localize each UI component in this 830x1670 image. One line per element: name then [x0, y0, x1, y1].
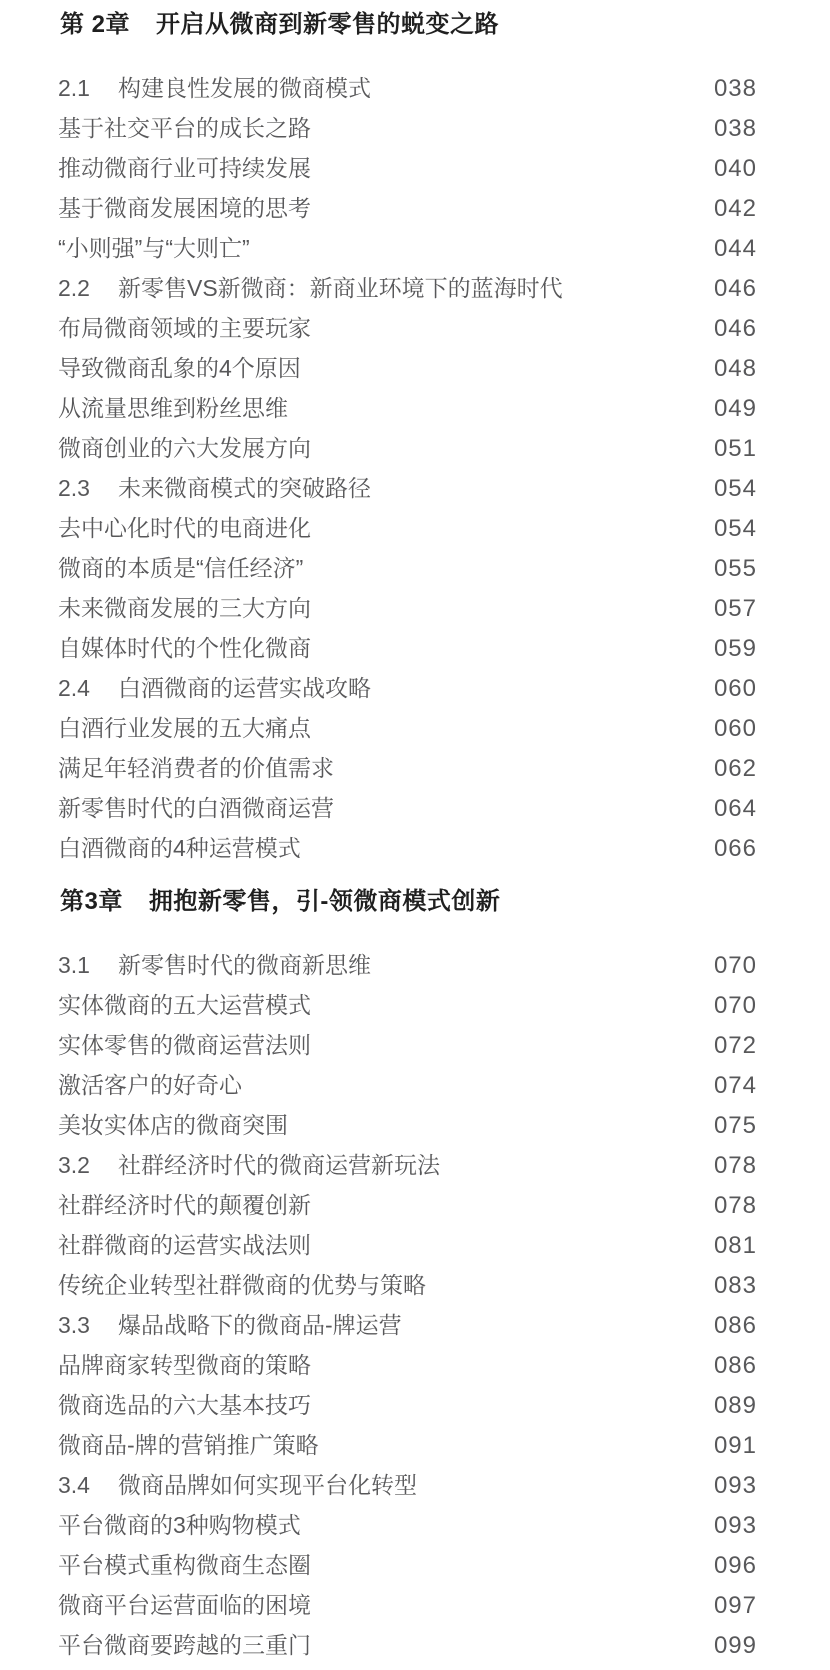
toc-entry-row: 微商的本质是“信任经济” 055 — [58, 548, 757, 588]
toc-entry-text: 布局微商领域的主要玩家 — [58, 308, 311, 348]
toc-entry-page-number: 055 — [714, 549, 757, 589]
toc-entry-row: 社群微商的运营实战法则 081 — [58, 1225, 757, 1265]
toc-entry-text: 实体微商的五大运营模式 — [58, 985, 311, 1025]
toc-entry-page-number: 057 — [714, 589, 757, 629]
toc-entry-row: 3.4微商品牌如何实现平台化转型 093 — [58, 1465, 757, 1505]
toc-entry-text: 平台微商的3种购物模式 — [58, 1505, 301, 1545]
toc-entry-title: 爆品战略下的微商品-牌运营 — [118, 1312, 402, 1338]
toc-entry-row: 社群经济时代的颠覆创新 078 — [58, 1185, 757, 1225]
toc-entry-page-number: 038 — [714, 109, 757, 149]
toc-entry-title: 激活客户的好奇心 — [58, 1072, 242, 1098]
toc-entry-text: 未来微商发展的三大方向 — [58, 588, 311, 628]
toc-entry-title: 白酒微商的4种运营模式 — [58, 835, 301, 861]
chapter-section: 第 2章开启从微商到新零售的蜕变之路 2.1构建良性发展的微商模式 038 基于… — [58, 7, 757, 868]
toc-entry-section-number: 3.4 — [58, 1465, 118, 1505]
toc-entry-row: 微商平台运营面临的困境 097 — [58, 1585, 757, 1625]
toc-entry-title: 品牌商家转型微商的策略 — [58, 1352, 311, 1378]
toc-entry-page-number: 086 — [714, 1346, 757, 1386]
toc-entry-page-number: 089 — [714, 1386, 757, 1426]
toc-entry-page-number: 075 — [714, 1106, 757, 1146]
toc-entry-row: 满足年轻消费者的价值需求 062 — [58, 748, 757, 788]
toc-entry-page-number: 099 — [714, 1626, 757, 1666]
toc-entry-text: 微商创业的六大发展方向 — [58, 428, 311, 468]
toc-entry-text: 2.2新零售VS新微商：新商业环境下的蓝海时代 — [58, 268, 563, 308]
toc-entry-row: 推动微商行业可持续发展 040 — [58, 148, 757, 188]
toc-entry-text: 微商平台运营面临的困境 — [58, 1585, 311, 1625]
toc-entry-page-number: 062 — [714, 749, 757, 789]
toc-entry-title: 满足年轻消费者的价值需求 — [58, 755, 334, 781]
toc-entry-text: 美妆实体店的微商突围 — [58, 1105, 288, 1145]
toc-entry-text: 推动微商行业可持续发展 — [58, 148, 311, 188]
toc-entry-text: 3.1新零售时代的微商新思维 — [58, 945, 371, 985]
toc-entry-text: 去中心化时代的电商进化 — [58, 508, 311, 548]
toc-entry-text: 基于社交平台的成长之路 — [58, 108, 311, 148]
toc-entry-text: 新零售时代的白酒微商运营 — [58, 788, 334, 828]
toc-entry-row: 2.2新零售VS新微商：新商业环境下的蓝海时代 046 — [58, 268, 757, 308]
toc-entry-title: 平台微商要跨越的三重门 — [58, 1632, 311, 1658]
toc-entry-title: 微商品牌如何实现平台化转型 — [118, 1472, 417, 1498]
toc-entry-page-number: 040 — [714, 149, 757, 189]
toc-entry-title: 社群经济时代的微商运营新玩法 — [118, 1152, 440, 1178]
toc-entry-row: 实体零售的微商运营法则 072 — [58, 1025, 757, 1065]
toc-entry-page-number: 038 — [714, 69, 757, 109]
toc-entry-text: 社群经济时代的颠覆创新 — [58, 1185, 311, 1225]
toc-entry-title: 推动微商行业可持续发展 — [58, 155, 311, 181]
toc-entry-page-number: 048 — [714, 349, 757, 389]
toc-entry-text: “小则强”与“大则亡” — [58, 228, 250, 268]
toc-entry-text: 3.3爆品战略下的微商品-牌运营 — [58, 1305, 402, 1345]
toc-entry-section-number: 3.1 — [58, 945, 118, 985]
toc-entry-page-number: 049 — [714, 389, 757, 429]
toc-entry-page-number: 081 — [714, 1226, 757, 1266]
toc-entry-row: 平台模式重构微商生态圈 096 — [58, 1545, 757, 1585]
toc-entry-row: 自媒体时代的个性化微商 059 — [58, 628, 757, 668]
toc-entry-text: 激活客户的好奇心 — [58, 1065, 242, 1105]
toc-entry-row: 品牌商家转型微商的策略 086 — [58, 1345, 757, 1385]
toc-entry-text: 白酒行业发展的五大痛点 — [58, 708, 311, 748]
chapter-section: 第3章拥抱新零售，引-领微商模式创新 3.1新零售时代的微商新思维 070 实体… — [58, 884, 757, 1665]
toc-entry-text: 微商品-牌的营销推广策略 — [58, 1425, 319, 1465]
toc-entry-row: 微商选品的六大基本技巧 089 — [58, 1385, 757, 1425]
toc-entry-page-number: 046 — [714, 309, 757, 349]
toc-entry-title: 社群微商的运营实战法则 — [58, 1232, 311, 1258]
toc-entry-text: 微商选品的六大基本技巧 — [58, 1385, 311, 1425]
toc-entry-title: 社群经济时代的颠覆创新 — [58, 1192, 311, 1218]
toc-entry-page-number: 059 — [714, 629, 757, 669]
toc-entry-page-number: 042 — [714, 189, 757, 229]
toc-entry-row: 3.3爆品战略下的微商品-牌运营 086 — [58, 1305, 757, 1345]
toc-entry-title: 导致微商乱象的4个原因 — [58, 355, 301, 381]
toc-entry-page-number: 064 — [714, 789, 757, 829]
chapter-number-label: 第3章 — [60, 888, 123, 915]
toc-entry-section-number: 2.3 — [58, 468, 118, 508]
toc-entry-title: 微商品-牌的营销推广策略 — [58, 1432, 319, 1458]
toc-entry-title: “小则强”与“大则亡” — [58, 235, 250, 261]
toc-entry-row: 传统企业转型社群微商的优势与策略 083 — [58, 1265, 757, 1305]
toc-entry-page-number: 070 — [714, 946, 757, 986]
toc-entry-text: 实体零售的微商运营法则 — [58, 1025, 311, 1065]
toc-entry-row: 基于社交平台的成长之路 038 — [58, 108, 757, 148]
toc-entry-title: 平台模式重构微商生态圈 — [58, 1552, 311, 1578]
toc-entry-page-number: 066 — [714, 829, 757, 869]
chapter-heading: 第 2章开启从微商到新零售的蜕变之路 — [60, 7, 757, 43]
toc-entry-row: 新零售时代的白酒微商运营 064 — [58, 788, 757, 828]
toc-page: 第 2章开启从微商到新零售的蜕变之路 2.1构建良性发展的微商模式 038 基于… — [0, 0, 830, 1670]
chapter-entry-list: 2.1构建良性发展的微商模式 038 基于社交平台的成长之路 038 推动微商行… — [58, 68, 757, 868]
toc-entry-section-number: 3.3 — [58, 1305, 118, 1345]
toc-entry-page-number: 083 — [714, 1266, 757, 1306]
chapter-title: 开启从微商到新零售的蜕变之路 — [156, 11, 499, 38]
toc-entry-title: 从流量思维到粉丝思维 — [58, 395, 288, 421]
toc-entry-title: 构建良性发展的微商模式 — [118, 75, 371, 101]
toc-entry-text: 2.1构建良性发展的微商模式 — [58, 68, 371, 108]
toc-entry-title: 新零售时代的白酒微商运营 — [58, 795, 334, 821]
toc-entry-row: 激活客户的好奇心 074 — [58, 1065, 757, 1105]
toc-entry-page-number: 060 — [714, 709, 757, 749]
toc-entry-page-number: 051 — [714, 429, 757, 469]
toc-entry-row: 美妆实体店的微商突围 075 — [58, 1105, 757, 1145]
toc-entry-page-number: 097 — [714, 1586, 757, 1626]
toc-entry-row: “小则强”与“大则亡” 044 — [58, 228, 757, 268]
toc-entry-row: 微商品-牌的营销推广策略 091 — [58, 1425, 757, 1465]
toc-entry-text: 自媒体时代的个性化微商 — [58, 628, 311, 668]
toc-entry-title: 新零售时代的微商新思维 — [118, 952, 371, 978]
toc-entry-page-number: 060 — [714, 669, 757, 709]
chapter-title: 拥抱新零售，引-领微商模式创新 — [149, 888, 501, 915]
toc-entry-text: 社群微商的运营实战法则 — [58, 1225, 311, 1265]
toc-entry-title: 白酒行业发展的五大痛点 — [58, 715, 311, 741]
toc-entry-title: 白酒微商的运营实战攻略 — [118, 675, 371, 701]
toc-entry-row: 基于微商发展困境的思考 042 — [58, 188, 757, 228]
toc-entry-row: 白酒微商的4种运营模式 066 — [58, 828, 757, 868]
toc-entry-section-number: 3.2 — [58, 1145, 118, 1185]
toc-entry-row: 平台微商要跨越的三重门 099 — [58, 1625, 757, 1665]
toc-entry-page-number: 086 — [714, 1306, 757, 1346]
toc-entry-text: 3.2社群经济时代的微商运营新玩法 — [58, 1145, 440, 1185]
toc-entry-title: 未来微商发展的三大方向 — [58, 595, 311, 621]
toc-entry-text: 满足年轻消费者的价值需求 — [58, 748, 334, 788]
toc-entry-text: 导致微商乱象的4个原因 — [58, 348, 301, 388]
toc-entry-text: 微商的本质是“信任经济” — [58, 548, 303, 588]
toc-entry-row: 2.1构建良性发展的微商模式 038 — [58, 68, 757, 108]
toc-entry-title: 平台微商的3种购物模式 — [58, 1512, 301, 1538]
toc-entry-row: 去中心化时代的电商进化 054 — [58, 508, 757, 548]
toc-entry-page-number: 078 — [714, 1146, 757, 1186]
toc-entry-page-number: 072 — [714, 1026, 757, 1066]
toc-entry-row: 微商创业的六大发展方向 051 — [58, 428, 757, 468]
toc-entry-page-number: 074 — [714, 1066, 757, 1106]
toc-entry-title: 布局微商领域的主要玩家 — [58, 315, 311, 341]
toc-entry-section-number: 2.1 — [58, 68, 118, 108]
toc-entry-page-number: 046 — [714, 269, 757, 309]
toc-entry-page-number: 044 — [714, 229, 757, 269]
chapter-number-label: 第 2章 — [60, 11, 130, 38]
toc-entry-text: 基于微商发展困境的思考 — [58, 188, 311, 228]
toc-entry-title: 微商选品的六大基本技巧 — [58, 1392, 311, 1418]
toc-entry-row: 2.3未来微商模式的突破路径 054 — [58, 468, 757, 508]
toc-entry-text: 3.4微商品牌如何实现平台化转型 — [58, 1465, 417, 1505]
toc-entry-title: 实体零售的微商运营法则 — [58, 1032, 311, 1058]
chapter-heading: 第3章拥抱新零售，引-领微商模式创新 — [60, 884, 757, 920]
toc-entry-page-number: 093 — [714, 1506, 757, 1546]
toc-entry-page-number: 054 — [714, 469, 757, 509]
toc-entry-title: 自媒体时代的个性化微商 — [58, 635, 311, 661]
toc-entry-page-number: 054 — [714, 509, 757, 549]
toc-entry-row: 从流量思维到粉丝思维 049 — [58, 388, 757, 428]
toc-entry-page-number: 091 — [714, 1426, 757, 1466]
toc-entry-row: 白酒行业发展的五大痛点 060 — [58, 708, 757, 748]
toc-entry-title: 传统企业转型社群微商的优势与策略 — [58, 1272, 426, 1298]
toc-entry-title: 实体微商的五大运营模式 — [58, 992, 311, 1018]
toc-entry-row: 3.2社群经济时代的微商运营新玩法 078 — [58, 1145, 757, 1185]
toc-entry-title: 基于微商发展困境的思考 — [58, 195, 311, 221]
toc-entry-text: 品牌商家转型微商的策略 — [58, 1345, 311, 1385]
toc-entry-row: 2.4白酒微商的运营实战攻略 060 — [58, 668, 757, 708]
toc-entry-row: 未来微商发展的三大方向 057 — [58, 588, 757, 628]
toc-entry-title: 未来微商模式的突破路径 — [118, 475, 371, 501]
toc-entry-title: 微商创业的六大发展方向 — [58, 435, 311, 461]
toc-entry-text: 平台微商要跨越的三重门 — [58, 1625, 311, 1665]
toc-entry-section-number: 2.4 — [58, 668, 118, 708]
toc-entry-row: 实体微商的五大运营模式 070 — [58, 985, 757, 1025]
toc-entry-text: 平台模式重构微商生态圈 — [58, 1545, 311, 1585]
toc-entry-text: 从流量思维到粉丝思维 — [58, 388, 288, 428]
toc-entry-row: 导致微商乱象的4个原因 048 — [58, 348, 757, 388]
toc-entry-page-number: 070 — [714, 986, 757, 1026]
toc-entry-row: 3.1新零售时代的微商新思维 070 — [58, 945, 757, 985]
toc-entry-text: 2.4白酒微商的运营实战攻略 — [58, 668, 371, 708]
toc-entry-page-number: 093 — [714, 1466, 757, 1506]
toc-entry-title: 新零售VS新微商：新商业环境下的蓝海时代 — [118, 275, 563, 301]
toc-entry-page-number: 096 — [714, 1546, 757, 1586]
toc-entry-title: 微商的本质是“信任经济” — [58, 555, 303, 581]
toc-entry-section-number: 2.2 — [58, 268, 118, 308]
toc-entry-page-number: 078 — [714, 1186, 757, 1226]
toc-entry-text: 传统企业转型社群微商的优势与策略 — [58, 1265, 426, 1305]
toc-entry-title: 去中心化时代的电商进化 — [58, 515, 311, 541]
toc-entry-title: 微商平台运营面临的困境 — [58, 1592, 311, 1618]
toc-entry-text: 2.3未来微商模式的突破路径 — [58, 468, 371, 508]
toc-entry-title: 基于社交平台的成长之路 — [58, 115, 311, 141]
toc-entry-text: 白酒微商的4种运营模式 — [58, 828, 301, 868]
toc-entry-row: 平台微商的3种购物模式 093 — [58, 1505, 757, 1545]
toc-entry-row: 布局微商领域的主要玩家 046 — [58, 308, 757, 348]
chapter-entry-list: 3.1新零售时代的微商新思维 070 实体微商的五大运营模式 070 实体零售的… — [58, 945, 757, 1665]
toc-entry-title: 美妆实体店的微商突围 — [58, 1112, 288, 1138]
